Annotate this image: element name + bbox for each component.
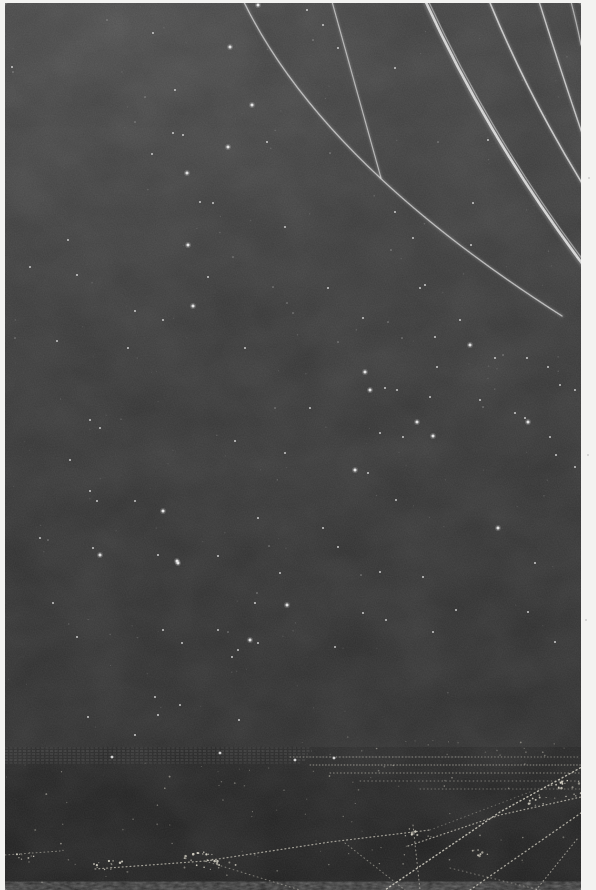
photo-border-top <box>0 0 596 3</box>
photo-border-left <box>0 0 5 890</box>
film-grain-dark <box>5 3 581 890</box>
border-speck <box>588 177 590 179</box>
photo-border-right <box>581 0 596 890</box>
border-speck <box>587 454 589 456</box>
night-sky-photograph <box>0 0 596 890</box>
scanned-page <box>0 0 596 890</box>
border-speck <box>585 619 587 621</box>
